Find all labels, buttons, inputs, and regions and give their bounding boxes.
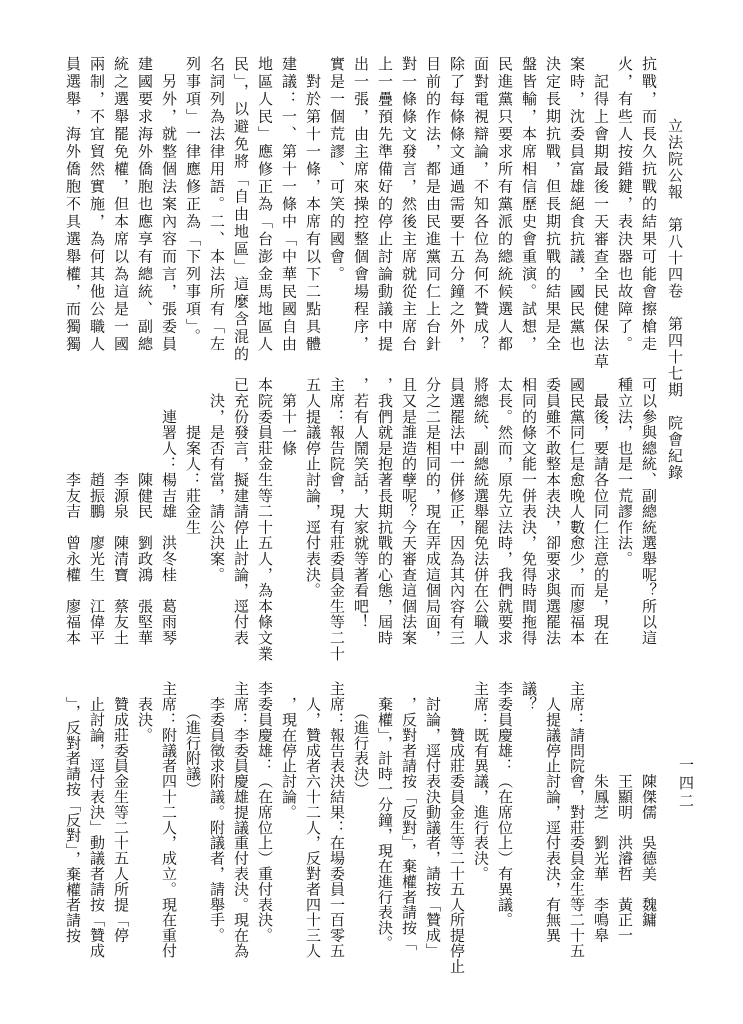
text-column: 名詞列為法律用語。二、本法所有「左 [208, 56, 223, 378]
text-column: 棄權」，計時一分鐘，現在進行表決。 [376, 681, 391, 971]
text-column: 盤皆輸，本席相信歷史會重演。試想， [520, 56, 535, 378]
text-column: 李源泉 陳清寶 蔡友土 [112, 377, 127, 661]
text-column: 分之二是相同的，現在弄成這個局面， [424, 377, 439, 661]
text-column: 另外，就整個法案內容而言，張委員 [160, 56, 175, 378]
text-column: 委員雖不敢整本表決，卻要求與選罷法 [544, 377, 559, 661]
text-column: 種立法，也是一荒謬作法。 [616, 377, 631, 661]
text-column: 面對電視辯論，不知各位為何不贊成？ [472, 56, 487, 378]
text-column: ，我們就是抱著長期抗戰的心態，屆時 [376, 377, 391, 661]
text-column: 決，是否有當，請公決案。 [208, 377, 223, 661]
text-column: 贊成莊委員金生等二十五人所提「停 [112, 681, 127, 971]
text-column: 列事項」一律應修正為「下列事項」。 [184, 56, 199, 378]
text-column: 已充份發言，擬建請停止討論，逕付表 [232, 377, 247, 661]
text-column: 朱鳳芝 劉光華 李鳴皋 [592, 681, 607, 971]
text-column: 可以參與總統、副總統選舉呢？所以這 [640, 377, 655, 661]
text-column: 人提議停止討論，逕付表決，有無異 [544, 681, 559, 971]
text-column: 主席：既有異議，進行表決。 [472, 681, 487, 971]
text-column: 決定長期抗戰，但長期抗戰的結果是全 [544, 56, 559, 378]
text-column: 最後，要請各位同仁注意的是，現在 [592, 377, 607, 661]
text-column: 抗戰，而長久抗戰的結果可能會擦槍走 [640, 56, 655, 378]
text-column: 對於第十一條，本席有以下二點具體 [304, 56, 319, 378]
text-column: 連署人：楊吉雄 洪冬桂 葛雨琴 [160, 377, 175, 661]
text-column: 將總統、副總統選舉罷免法併在公職人 [472, 377, 487, 661]
text-column: 李委員慶雄：（在席位上）有異議。 [496, 681, 511, 971]
text-column: 實是一個荒謬、可笑的國會。 [328, 56, 343, 378]
text-column: 止討論，逕付表決」動議者請按「贊成 [88, 681, 103, 971]
text-column: 建國要求海外僑胞也應享有總統、副總 [136, 56, 151, 378]
text-column: 對一條條文發言，然後主席就從主席台 [400, 56, 415, 378]
text-column: 主席：報告院會，現有莊委員金生等二十 [328, 377, 343, 661]
text-column: 建議：一、第十一條中「中華民國自由 [280, 56, 295, 378]
text-column: 提案人：莊金生 [184, 377, 199, 661]
text-column: 贊成莊委員金生等二十五人所提停止 [448, 681, 463, 971]
text-column: 李委員慶雄：（在席位上）重付表決。 [256, 681, 271, 971]
text-column: 主席：報告表決結果：在場委員一百零五 [328, 681, 343, 971]
text-column: 陳傑儒 吳德美 魏鏞 [640, 681, 655, 971]
text-column: 趙振鵬 廖光生 江偉平 [88, 377, 103, 661]
text-column: 主席：李委員慶雄提議重付表決。現在為 [232, 681, 247, 971]
text-column: 主席：附議者四十二人，成立。現在重付 [160, 681, 175, 971]
text-column: 火，有些人按錯鍵，表決器也故障了。 [616, 56, 631, 378]
text-column: 主席：請問院會，對莊委員金生等二十五 [568, 681, 583, 971]
text-column: 且又是誰造的孽呢？今天審查這個法案 [400, 377, 415, 661]
text-column: 本院委員莊金生等二十五人，為本條文業 [256, 377, 271, 661]
text-column: 太長。然而，原先立法時，我們就要求 [496, 377, 511, 661]
text-column: 表決。 [136, 681, 151, 971]
gazette-page: 立法院公報 第八十四卷 第四十七期 院會紀錄 一四二 抗戰，而長久抗戰的結果可能… [0, 0, 743, 1024]
text-column: 陳健民 劉政鴻 張堅華 [136, 377, 151, 661]
text-column: ，現在停止討論。 [280, 681, 295, 971]
text-column: 李委員徵求附議。附議者，請舉手。 [208, 681, 223, 971]
text-column: ，反對者請按「反對」，棄權者請按「 [400, 681, 415, 971]
running-header: 立法院公報 第八十四卷 第四十七期 院會紀錄 [665, 118, 683, 481]
text-column: （進行表決） [352, 681, 367, 971]
text-column: 案時，沈委員富雄絕食抗議，國民黨也 [568, 56, 583, 378]
text-column: 人，贊成者六十二人，反對者四十三人 [304, 681, 319, 971]
text-column: 員選罷法中一併修正，因為其內容有三 [448, 377, 463, 661]
text-column: 記得上會期最後一天審查全民健保法草 [592, 56, 607, 378]
text-column: 議？ [520, 681, 535, 971]
text-column: 五人提議停止討論，逕付表決。 [304, 377, 319, 661]
text-column: （進行附議） [184, 681, 199, 971]
text-column: 民」，以避免將「自由地區」這麼含混的 [232, 56, 247, 378]
text-column: 相同的條文能一併表決，免得時間拖得 [520, 377, 535, 661]
text-column: 統之選舉罷免權，但本席以為這是一國 [112, 56, 127, 378]
text-column: 地區人民」應修正為「台澎金馬地區人 [256, 56, 271, 378]
register-middle: 可以參與總統、副總統選舉呢？所以這種立法，也是一荒謬作法。 最後，要請各位同仁注… [43, 377, 655, 661]
register-bottom: 陳傑儒 吳德美 魏鏞 王顯明 洪濬哲 黃正一 朱鳳芝 劉光華 李鳴皋主席：請問院… [43, 681, 655, 971]
text-column: 王顯明 洪濬哲 黃正一 [616, 681, 631, 971]
page-number: 一四二 [676, 757, 693, 811]
text-column: 討論，逕付表決動議者，請按「贊成」 [424, 681, 439, 971]
text-column: 第十一條 [280, 377, 295, 661]
text-column: 員選舉，海外僑胞不具選舉權，而獨獨 [64, 56, 79, 378]
text-column: 出一張，由主席來操控整個會場程序， [352, 56, 367, 378]
text-column: 國民黨同仁是愈晚人數愈少，而廖福本 [568, 377, 583, 661]
text-column: 」，反對者請按「反對」，棄權者請按 [64, 681, 79, 971]
text-column: 目前的作法，都是由民進黨同仁上台針 [424, 56, 439, 378]
register-top: 抗戰，而長久抗戰的結果可能會擦槍走火，有些人按錯鍵，表決器也故障了。 記得上會期… [43, 56, 655, 378]
text-column: ，若有人鬧笑話，大家就等著看吧！ [352, 377, 367, 661]
text-column: 兩制，不宜貿然實施，為何其他公職人 [88, 56, 103, 378]
text-column: 李友吉 曾永權 廖福本 [64, 377, 79, 661]
text-column: 除了每條條文通過需要十五分鐘之外， [448, 56, 463, 378]
text-column: 上一疊預先準備好的停止討論動議中提 [376, 56, 391, 378]
text-column: 民進黨只要求所有黨派的總統候選人都 [496, 56, 511, 378]
